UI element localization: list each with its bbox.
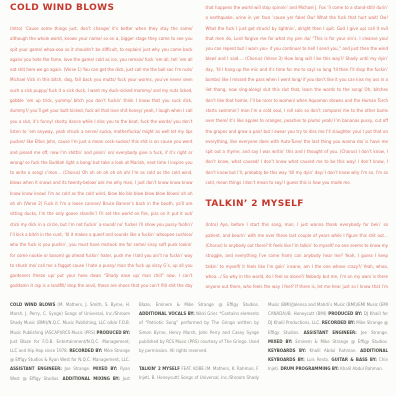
credit-label: RECORDED BY:	[69, 348, 102, 353]
credit-label: KEYBOARDS BY:	[268, 348, 306, 353]
credit-label: ASSISTANT ENGINEER:	[304, 330, 357, 335]
booklet-page: COLD WIND BLOWS (Intro) ’Cause some thin…	[0, 0, 396, 396]
credit-text: Nikki Grier. *Contains elements of “Patr…	[139, 311, 259, 353]
credit-text: Luis Resto.	[305, 357, 332, 362]
song-title-cold-wind-blows: COLD WIND BLOWS	[10, 3, 193, 13]
credit-text: Joe Strange.	[62, 366, 93, 371]
credit-label: ADDITIONAL MIXING BY:	[62, 376, 119, 381]
credit-text: Khalil Abdul Rahman.	[339, 366, 383, 371]
credit-label: TALKIN’ 2 MYSELF	[139, 366, 180, 371]
lyrics-section: COLD WIND BLOWS (Intro) ’Cause some thin…	[10, 3, 388, 295]
credit-label: MIXED BY:	[93, 366, 117, 371]
credit-text: Joe Strange.	[357, 330, 388, 335]
credit-label: DRUM PROGRAMMING BY:	[281, 366, 339, 371]
credit-text: Khalil Abdul Rahman.	[306, 348, 360, 353]
credit-text: Eminem & Mike Strange @ Effigy Studios.	[293, 339, 388, 344]
credit-label: COLD WIND BLOWS	[10, 302, 55, 307]
credit-label: ADDITIONAL VOCALS BY:	[139, 311, 195, 316]
credit-label: PRODUCED BY:	[97, 330, 130, 335]
credit-label: PRODUCED BY:	[328, 311, 362, 316]
credit-label: GUITAR & BASS BY:	[331, 357, 377, 362]
credits-section: COLD WIND BLOWS (M. Mathers, J. Smith, S…	[10, 300, 388, 385]
credit-label: RECORDED BY:	[322, 320, 355, 325]
song-title-talkin-2-myself: TALKIN’ 2 MYSELF	[206, 199, 389, 209]
credit-label: ASSISTANT ENGINEER:	[10, 366, 62, 371]
credit-label: MIXED BY:	[268, 339, 293, 344]
